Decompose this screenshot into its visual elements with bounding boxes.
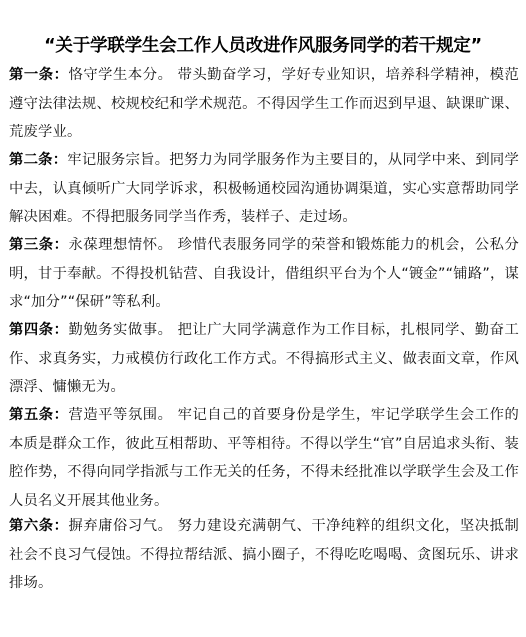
article-text: 营造平等氛围。 牢记自己的首要身份是学生，牢记学联学生会工作的本质是群众工作，彼…: [9, 407, 519, 509]
document-title: “关于学联学生会工作人员改进作风服务同学的若干规定”: [0, 32, 526, 57]
article-label: 第三条：: [9, 237, 68, 253]
article-text: 永葆理想情怀。 珍惜代表服务同学的荣誉和锻炼能力的机会，公私分明，甘于奉献。不得…: [9, 237, 519, 310]
article-label: 第一条：: [9, 67, 68, 83]
article-1: 第一条：恪守学生本分。 带头勤奋学习，学好专业知识，培养科学精神，模范遵守法律法…: [9, 61, 519, 147]
article-5: 第五条：营造平等氛围。 牢记自己的首要身份是学生，牢记学联学生会工作的本质是群众…: [9, 401, 519, 515]
article-2: 第二条：牢记服务宗旨。把努力为同学服务作为主要目的，从同学中来、到同学中去，认真…: [9, 146, 519, 232]
article-text: 勤勉务实做事。 把让广大同学满意作为工作目标，扎根同学、勤奋工作、求真务实，力戒…: [9, 322, 519, 395]
article-label: 第四条：: [9, 322, 68, 338]
article-text: 恪守学生本分。 带头勤奋学习，学好专业知识，培养科学精神，模范遵守法律法规、校规…: [9, 67, 519, 140]
document-page: “关于学联学生会工作人员改进作风服务同学的若干规定” 第一条：恪守学生本分。 带…: [0, 0, 526, 637]
article-text: 摒弃庸俗习气。 努力建设充满朝气、干净纯粹的组织文化，坚决抵制社会不良习气侵蚀。…: [9, 518, 519, 591]
article-text: 牢记服务宗旨。把努力为同学服务作为主要目的，从同学中来、到同学中去，认真倾听广大…: [9, 152, 519, 225]
article-label: 第六条：: [9, 518, 68, 534]
article-label: 第五条：: [9, 407, 68, 423]
article-4: 第四条：勤勉务实做事。 把让广大同学满意作为工作目标，扎根同学、勤奋工作、求真务…: [9, 316, 519, 402]
article-3: 第三条：永葆理想情怀。 珍惜代表服务同学的荣誉和锻炼能力的机会，公私分明，甘于奉…: [9, 231, 519, 317]
article-6: 第六条：摒弃庸俗习气。 努力建设充满朝气、干净纯粹的组织文化，坚决抵制社会不良习…: [9, 512, 519, 598]
article-label: 第二条：: [9, 152, 67, 168]
